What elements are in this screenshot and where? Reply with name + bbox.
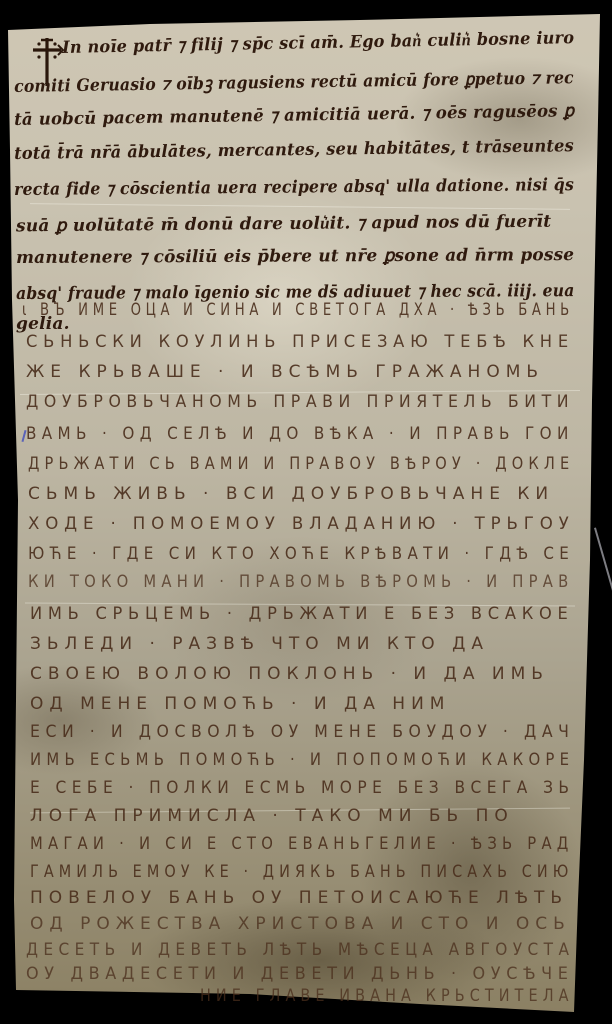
cyrillic-line: Е СЕБЕ · ПОЛКИ ЕСМЬ МОРЕ БЕЗ ВСЕГА ЗЬ bbox=[30, 778, 574, 798]
charter-text: In noīe patr̄ ⁊ filij ⁊ sp̄c scī am̄. Eg… bbox=[0, 0, 612, 1024]
latin-line: recta fide ⁊ cōscientia uera recipere ab… bbox=[14, 175, 574, 200]
cyrillic-line: ИМЬ ЕСЬМЬ ПОМОЋЬ · И ПОПОМОЋИ КАКОРЕ bbox=[30, 750, 574, 770]
cyrillic-line: ИМЬ СРЬЦЕМЬ · ДРЬЖАТИ Е БЕЗ ВСАКОЕ bbox=[30, 604, 574, 624]
cyrillic-line: ДЕСЕТЬ И ДЕВЕТЬ ЛѢТЬ МѢСЕЦА АВГОУСТА bbox=[26, 940, 574, 960]
cyrillic-line: ПОВЕЛОУ БАНЬ ОУ ПЕТОИСАЮЋЕ ЛѢТЬ bbox=[30, 888, 568, 908]
cyrillic-line: СВОЕЮ ВОЛОЮ ПОКЛОНЬ · И ДА ИМЬ bbox=[30, 664, 549, 684]
cyrillic-line: ОУ ДВАДЕСЕТИ И ДЕВЕТИ ДЬНЬ · ОУСѢЧЕ bbox=[26, 964, 574, 984]
cyrillic-line: ВАМЬ · ОД СЕЛѢ И ДО ВѢКА · И ПРАВЬ ГОИ bbox=[26, 424, 574, 444]
latin-line: suā ꝑ uolūtatē m̄ donū dare uolu͛it. ⁊ a… bbox=[16, 212, 551, 237]
latin-line: totā t̄rā nr̄ā ābulātes, mercantes, seu … bbox=[14, 136, 574, 164]
cyrillic-line: НИЕ ГЛАВЕ ИВАНА КРЬСТИТЕЛА bbox=[200, 986, 574, 1006]
cyrillic-line: ОД РОЖЕСТВА ХРИСТОВА И СТО И ОСЬ bbox=[30, 914, 571, 934]
latin-line: tā uobcū pacem manutenē ⁊ amicitiā uerā.… bbox=[14, 101, 574, 130]
cyrillic-line: КИ ТОКО МАНИ · ПРАВОМЬ ВѢРОМЬ · И ПРАВ bbox=[28, 572, 573, 592]
latin-line: manutenere ⁊ cōsiliū eis p̄bere ut nr̄e … bbox=[16, 245, 574, 268]
cyrillic-line: МАГАИ · И СИ Е СТО ЕВАНЬГЕЛИЕ · ѢЗЬ РАД bbox=[30, 834, 574, 854]
latin-line: comiti Geruasio ⁊ oībꝫ ragusiens rectū a… bbox=[14, 65, 574, 97]
cyrillic-line: СЬНЬСКИ КОУЛИНЬ ПРИСЕЗАЮ ТЕБѢ КНЕ bbox=[26, 332, 574, 352]
cyrillic-line: ЕСИ · И ДОСВОЛѢ ОУ МЕНЕ БОУДОУ · ДАЧ bbox=[30, 722, 574, 742]
cyrillic-line: ЗЬЛЕДИ · РАЗВѢ ЧТО МИ КТО ДА bbox=[30, 634, 489, 654]
cyrillic-line: ОД МЕНЕ ПОМОЋЬ · И ДА НИМ bbox=[30, 694, 450, 714]
latin-line: In noīe patr̄ ⁊ filij ⁊ sp̄c scī am̄. Eg… bbox=[62, 28, 574, 58]
cyrillic-line: ХОДЕ · ПОМОЕМОУ ВЛАДАНИЮ · ТРЬГОУ bbox=[28, 514, 575, 534]
cyrillic-line: ДОУБРОВЬЧАНОМЬ ПРАВИ ПРИЯТЕЛЬ БИТИ bbox=[26, 392, 574, 412]
cyrillic-line: ГАМИЛЬ ЕМОУ КЕ · ДИЯКЬ БАНЬ ПИСАХЬ СИЮ bbox=[30, 862, 573, 882]
cyrillic-line: ДРЬЖАТИ СЬ ВАМИ И ПРАВОУ ВѢРОУ · ДОКЛЕ bbox=[28, 454, 574, 474]
cyrillic-line: ЛОГА ПРИМИСЛА · ТАКО МИ БЬ ПО bbox=[30, 806, 514, 826]
cyrillic-line: ЖЕ КРЬВАШЕ · И ВСѢМЬ ГРАЖАНОМЬ bbox=[26, 362, 544, 382]
photo-background: In noīe patr̄ ⁊ filij ⁊ sp̄c scī am̄. Eg… bbox=[0, 0, 612, 1024]
cyrillic-line: ЮЋЕ · ГДЕ СИ КТО ХОЋЕ КРѢВАТИ · ГДѢ СЕ bbox=[28, 544, 574, 564]
cyrillic-line: ꙇ ВЪ ИМЕ ОЦА И СИНА И СВЕТОГА ДХА · ѢЗЬ … bbox=[22, 300, 574, 320]
cyrillic-line: СЬМЬ ЖИВЬ · ВСИ ДОУБРОВЬЧАНЕ КИ bbox=[28, 484, 554, 504]
